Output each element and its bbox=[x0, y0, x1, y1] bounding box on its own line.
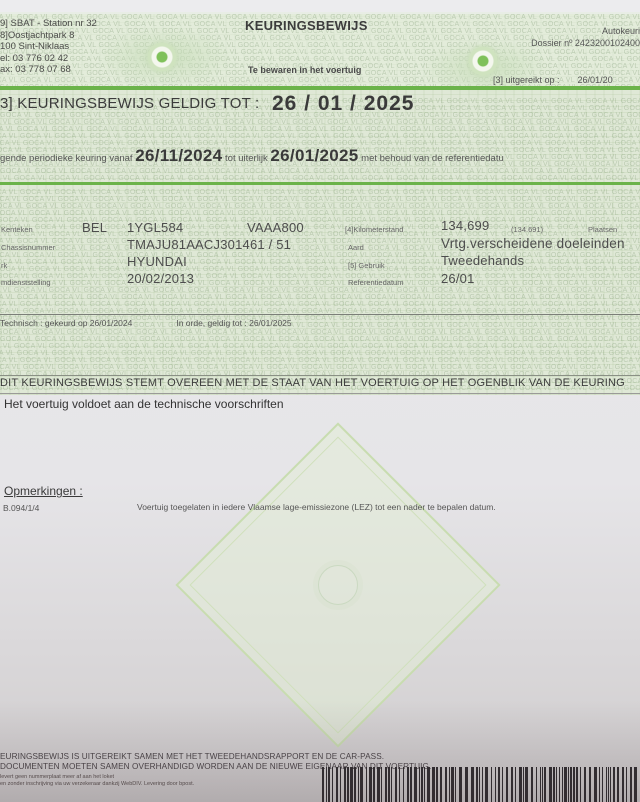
next-inspection-from: 26/11/2024 bbox=[135, 146, 222, 165]
vehicle-code: VAAA800 bbox=[247, 220, 304, 235]
plate-label: Kenteken bbox=[1, 225, 33, 234]
inspection-certificate: GOCA VL GOCA VL GOCA VL GOCA VL GOCA VL … bbox=[0, 0, 640, 802]
station-phone: el: 03 776 02 42 bbox=[0, 53, 97, 65]
dossier-info: Autokeuri Dossier nº 2423200102400 bbox=[531, 26, 640, 49]
validity-row: 3] KEURINGSBEWIJS GELDIG TOT : 26 / 01 /… bbox=[0, 95, 259, 113]
mileage: 134,699 bbox=[441, 218, 489, 233]
station-city: 100 Sint-Niklaas bbox=[0, 41, 97, 53]
first-registration-label: mdienststelling bbox=[1, 278, 51, 287]
reference-date-label: Referentiedatum bbox=[348, 278, 403, 287]
green-divider bbox=[0, 86, 640, 90]
footer-small-2: en zonder inschrijving via uw verzekeraa… bbox=[0, 781, 194, 788]
document-subtitle: Te bewaren in het voertuig bbox=[248, 65, 361, 75]
vehicle-type: Vrtg.verscheidene doeleinden bbox=[441, 236, 625, 251]
next-inspection-middle: tot uiterlijk bbox=[225, 153, 268, 164]
station-address: 9] SBAT - Station nr 32 8]Oostjachtpark … bbox=[0, 18, 97, 76]
issued-value: 26/01/20 bbox=[578, 75, 613, 85]
issued-label: [3] uitgereikt op : bbox=[493, 75, 560, 85]
plate-number: 1YGL584 bbox=[127, 220, 183, 235]
barcode bbox=[322, 767, 640, 802]
issued-date: [3] uitgereikt op :26/01/20 bbox=[493, 75, 613, 85]
remark-code: B.094/1/4 bbox=[3, 503, 39, 513]
usage: Tweedehands bbox=[441, 253, 524, 268]
verdict: Het voertuig voldoet aan de technische v… bbox=[4, 397, 284, 411]
chassis-number: TMAJU81AACJ301461 / 51 bbox=[127, 237, 291, 252]
footer-small-print: levert geen nummerplaat meer af aan het … bbox=[0, 774, 194, 787]
remark-text: Voertuig toegelaten in iedere Vlaamse la… bbox=[137, 502, 496, 512]
green-divider bbox=[0, 182, 640, 185]
first-registration-date: 20/02/2013 bbox=[127, 271, 194, 286]
usage-label: [5] Gebruik bbox=[348, 261, 385, 270]
divider bbox=[0, 375, 640, 376]
type-label: Aard bbox=[348, 243, 364, 252]
next-inspection-to: 26/01/2025 bbox=[270, 146, 358, 165]
document-title: KEURINGSBEWIJS bbox=[245, 18, 368, 33]
station-street: 8]Oostjachtpark 8 bbox=[0, 30, 97, 42]
eye-logo-icon bbox=[466, 44, 500, 78]
validity-date: 26 / 01 / 2025 bbox=[272, 92, 414, 116]
mileage-label: [4]Kilometerstand bbox=[345, 225, 403, 234]
divider bbox=[0, 314, 640, 315]
plate-country: BEL bbox=[82, 220, 107, 235]
station-fax: ax: 03 778 07 68 bbox=[0, 64, 97, 76]
eye-logo-icon bbox=[145, 40, 179, 74]
footer-line-1: EURINGSBEWIJS IS UITGEREIKT SAMEN MET HE… bbox=[0, 752, 431, 762]
divider bbox=[0, 393, 640, 394]
technical-inspected: Technisch : gekeurd op 26/01/2024 bbox=[0, 318, 132, 328]
chassis-label: Chassisnummer bbox=[1, 243, 55, 252]
inspection-org: Autokeuri bbox=[531, 26, 640, 38]
conformity-statement: DIT KEURINGSBEWIJS STEMT OVEREEN MET DE … bbox=[0, 377, 625, 389]
remarks-title: Opmerkingen : bbox=[4, 484, 83, 498]
dossier-number: Dossier nº 2423200102400 bbox=[531, 38, 640, 50]
technical-valid-until: In orde, geldig tot : 26/01/2025 bbox=[176, 318, 291, 328]
validity-label: 3] KEURINGSBEWIJS GELDIG TOT : bbox=[0, 95, 259, 112]
next-inspection-suffix: met behoud van de referentiedatu bbox=[361, 153, 504, 164]
brand: HYUNDAI bbox=[127, 254, 187, 269]
hologram-seal bbox=[175, 422, 500, 747]
next-inspection-row: gende periodieke keuring vanaf 26/11/202… bbox=[0, 146, 504, 166]
reference-date: 26/01 bbox=[441, 271, 475, 286]
technical-status: Technisch : gekeurd op 26/01/2024In orde… bbox=[0, 318, 292, 328]
brand-label: rk bbox=[1, 261, 7, 270]
station-name: 9] SBAT - Station nr 32 bbox=[0, 18, 97, 30]
seats-label: Plaatsen bbox=[588, 225, 617, 234]
next-inspection-prefix: gende periodieke keuring vanaf bbox=[0, 153, 133, 164]
previous-mileage: (134.691) bbox=[511, 225, 543, 234]
